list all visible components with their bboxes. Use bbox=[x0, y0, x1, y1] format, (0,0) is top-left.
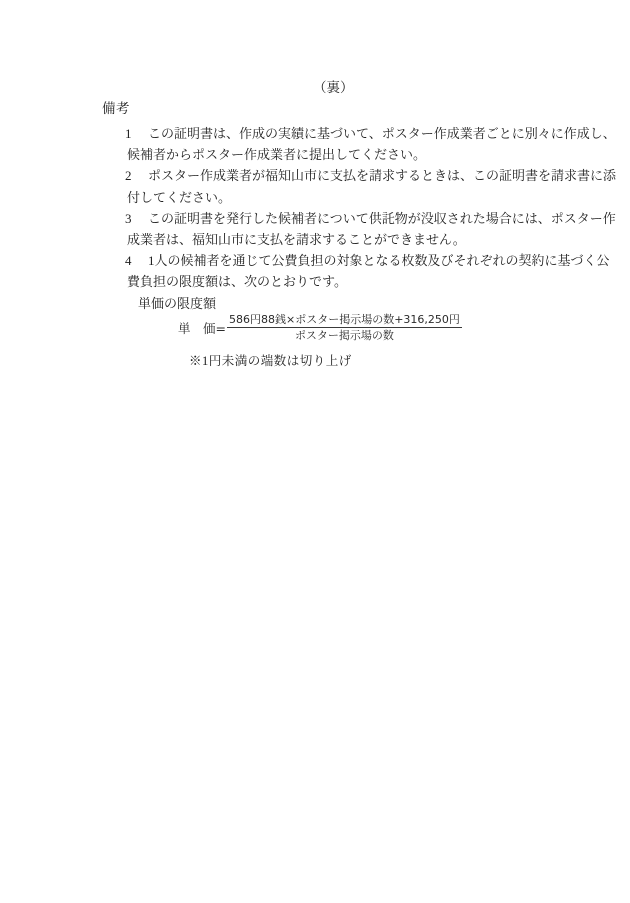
formula-label: 単 価= bbox=[178, 319, 226, 337]
rounding-note: ※1円未満の端数は切り上げ bbox=[189, 353, 352, 369]
page-side-label: （裏） bbox=[313, 79, 354, 96]
document-page: （裏） 備考 1この証明書は、作成の実績に基づいて、ポスター作成業者ごとに別々に… bbox=[0, 0, 630, 903]
unit-price-formula: 単 価= 586円88銭×ポスター掲示場の数+316,250円 ポスター掲示場の… bbox=[178, 313, 462, 342]
note-2-number: 2 bbox=[125, 165, 148, 186]
formula-fraction: 586円88銭×ポスター掲示場の数+316,250円 ポスター掲示場の数 bbox=[227, 313, 462, 342]
note-4-line-1: 41人の候補者を通じて公費負担の対象となる枚数及びそれぞれの契約に基づく公 bbox=[125, 250, 625, 271]
note-3-line-1: 3この証明書を発行した候補者について供託物が没収された場合には、ポスター作 bbox=[125, 208, 625, 229]
note-1-text: この証明書は、作成の実績に基づいて、ポスター作成業者ごとに別々に作成し、 bbox=[148, 126, 616, 141]
note-4-text: 1人の候補者を通じて公費負担の対象となる枚数及びそれぞれの契約に基づく公 bbox=[148, 253, 610, 268]
remarks-list: 1この証明書は、作成の実績に基づいて、ポスター作成業者ごとに別々に作成し、 候補… bbox=[125, 123, 625, 314]
note-1-number: 1 bbox=[125, 123, 148, 144]
note-2-line-1: 2ポスター作成業者が福知山市に支払を請求するときは、この証明書を請求書に添 bbox=[125, 165, 625, 186]
formula-numerator: 586円88銭×ポスター掲示場の数+316,250円 bbox=[227, 313, 462, 328]
formula-denominator: ポスター掲示場の数 bbox=[227, 328, 462, 342]
note-4-line-2: 費負担の限度額は、次のとおりです。 bbox=[125, 271, 625, 292]
unit-price-heading: 単価の限度額 bbox=[125, 293, 625, 314]
note-3-line-2: 成業者は、福知山市に支払を請求することができません。 bbox=[125, 229, 625, 250]
note-1-line-2: 候補者からポスター作成業者に提出してください。 bbox=[125, 144, 625, 165]
note-3-number: 3 bbox=[125, 208, 148, 229]
remarks-heading: 備考 bbox=[102, 100, 130, 117]
note-3-text: この証明書を発行した候補者について供託物が没収された場合には、ポスター作 bbox=[148, 211, 616, 226]
note-2-text: ポスター作成業者が福知山市に支払を請求するときは、この証明書を請求書に添 bbox=[148, 168, 616, 183]
note-1-line-1: 1この証明書は、作成の実績に基づいて、ポスター作成業者ごとに別々に作成し、 bbox=[125, 123, 625, 144]
note-2-line-2: 付してください。 bbox=[125, 187, 625, 208]
note-4-number: 4 bbox=[125, 250, 148, 271]
